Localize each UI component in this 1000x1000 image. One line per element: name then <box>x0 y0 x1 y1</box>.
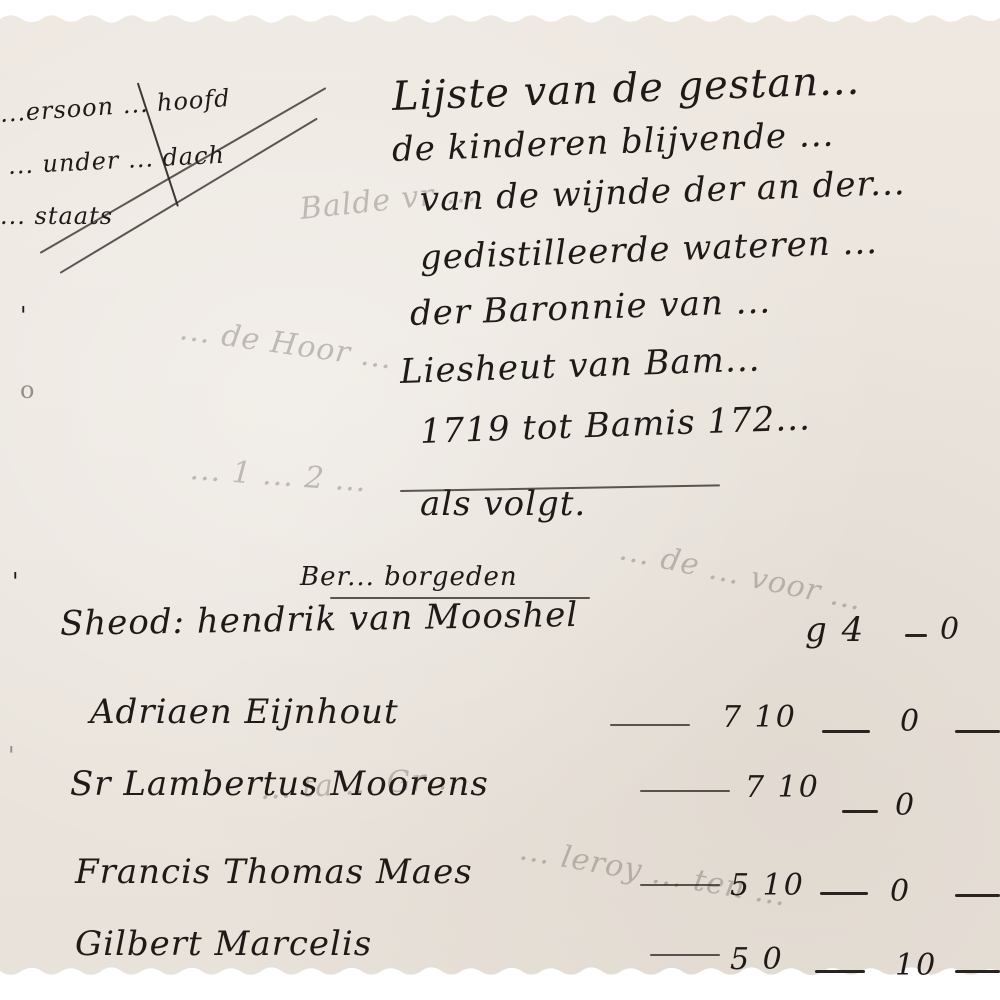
document-canvas: Balde vr ... ... de Hoor ... ... 1 ... 2… <box>0 0 1000 1000</box>
dash <box>905 634 927 637</box>
entry-amount-pounds: 7 10 <box>745 770 820 805</box>
entry-amount-shillings: 0 <box>940 612 961 647</box>
entry-amount-pounds: 5 10 <box>730 868 805 903</box>
heading-line: van de wijnde der an der... <box>419 163 906 220</box>
heading-line: de kinderen blijvende ... <box>391 115 835 170</box>
section-label: Ber... borgeden <box>300 562 518 592</box>
dash <box>955 730 1000 733</box>
margin-mark: ' <box>20 302 28 330</box>
margin-mark: ' <box>8 742 16 770</box>
margin-mark: o <box>20 376 35 404</box>
entry-amount-pounds: 7 10 <box>722 700 797 735</box>
heading-line: Lijste van de gestan... <box>391 58 861 120</box>
bleed-through-text: ... de Hoor ... <box>178 312 395 377</box>
dash <box>820 892 868 895</box>
entry-name: Adriaen Eijnhout <box>90 692 399 732</box>
entry-amount-shillings: 0 <box>895 788 916 823</box>
lead-line <box>640 884 720 886</box>
deckled-edge-top <box>0 12 1000 32</box>
entry-name: Sheod: hendrik van Mooshel <box>60 595 579 644</box>
entry-name: Gilbert Marcelis <box>75 924 372 964</box>
entry-amount-pounds: g 4 <box>805 610 865 650</box>
margin-mark: ' <box>12 568 20 596</box>
dash <box>815 970 865 973</box>
dash <box>822 730 870 733</box>
dash <box>955 970 1000 973</box>
dash <box>842 810 878 813</box>
heading-line: Liesheut van Bam... <box>399 339 761 392</box>
entry-amount-shillings: 0 <box>890 874 911 909</box>
dash <box>955 894 1000 897</box>
heading-line: gedistilleerde wateren ... <box>419 222 878 278</box>
heading-line: der Baronnie van ... <box>409 281 771 334</box>
entry-name: Sr Lambertus Moorens <box>70 764 489 804</box>
entry-amount-shillings: 0 <box>900 704 921 739</box>
margin-note-line: ... staats <box>0 202 113 230</box>
bleed-through-text: ... de ... voor ... <box>616 532 865 618</box>
lead-line <box>610 724 690 726</box>
manuscript-page: Balde vr ... ... de Hoor ... ... 1 ... 2… <box>0 12 1000 980</box>
margin-note-line: ...ersoon ... hoofd <box>0 84 231 128</box>
bleed-through-text: ... 1 ... 2 ... <box>189 452 368 499</box>
entry-amount-shillings: 10 <box>895 948 937 980</box>
entry-name: Francis Thomas Maes <box>75 852 473 892</box>
heading-line: 1719 tot Bamis 172... <box>419 398 811 452</box>
lead-line <box>650 954 720 956</box>
lead-line <box>640 790 730 792</box>
entry-amount-pounds: 5 0 <box>730 942 784 977</box>
margin-note-line: ... under ... dach <box>7 141 225 180</box>
strike-line <box>60 118 318 274</box>
